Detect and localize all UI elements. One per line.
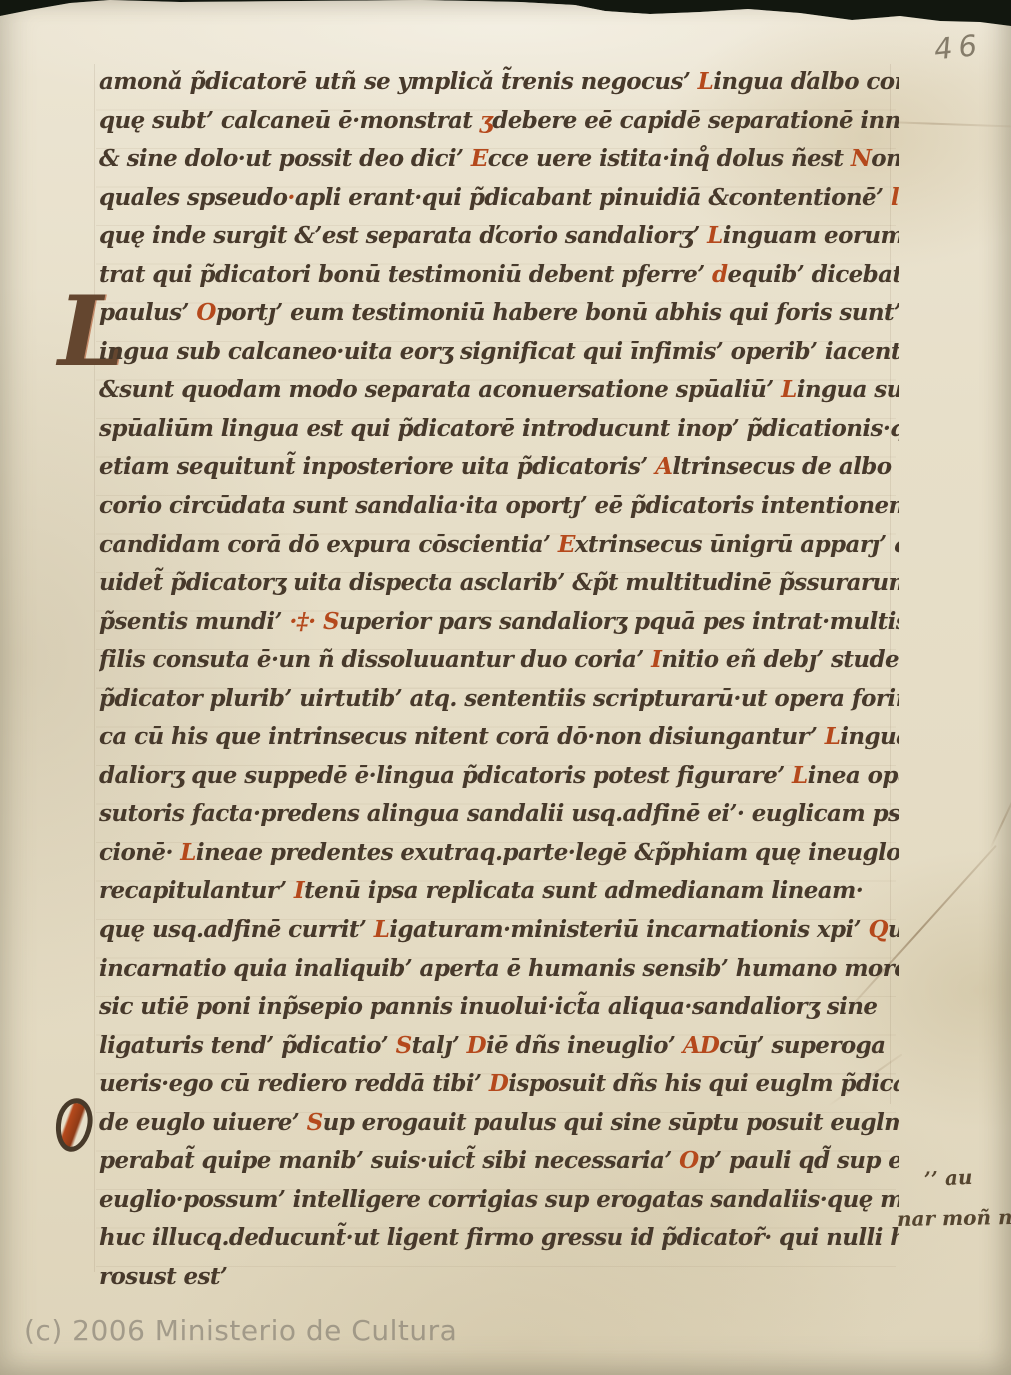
- rubricated-initial: Q: [868, 916, 887, 943]
- margin-note-1: ’’ au: [923, 1165, 973, 1191]
- manuscript-line: quales spseudo·apli erant·qui p̃dicabant…: [99, 179, 899, 218]
- rubricated-initial: S: [307, 1109, 323, 1136]
- text-block: amonǎ p̃dicatorē utñ se ymplicǎ t̃renis …: [99, 63, 899, 1297]
- rubricated-initial: L: [792, 762, 808, 789]
- manuscript-line: euglio·possum’ intelligere corrigias sup…: [99, 1181, 899, 1220]
- manuscript-line: rosust est’: [99, 1258, 899, 1297]
- manuscript-line: quę inde surgit &’est separata ďcorio sa…: [99, 217, 899, 256]
- rubricated-initial: ·: [287, 184, 294, 211]
- manuscript-line: amonǎ p̃dicatorē utñ se ymplicǎ t̃renis …: [99, 63, 899, 102]
- rubricated-initial: L: [781, 376, 797, 403]
- manuscript-line: daliorʒ que suppedē ē·lingua p̃dicatoris…: [99, 757, 899, 796]
- manuscript-line: huc illucq.deducunt̃·ut ligent firmo gre…: [99, 1219, 899, 1258]
- left-margin-ruling: [94, 64, 95, 1272]
- manuscript-line: filis consuta ē·un ñ dissoluuantur duo c…: [99, 641, 899, 680]
- manuscript-line: de euglo uiuere’ Sup erogauit paulus qui…: [99, 1104, 899, 1143]
- scan-background: 46 L amonǎ p̃dicatorē utñ se ymplicǎ t̃r…: [0, 0, 1011, 1375]
- manuscript-line: & sine dolo·ut possit deo dici’ Ecce uer…: [99, 140, 899, 179]
- rubricated-initial: ʒ: [480, 107, 492, 134]
- manuscript-line: incarnatio quia inaliquib’ aperta ē huma…: [99, 950, 899, 989]
- manuscript-line: &sunt quodam modo separata aconuersation…: [99, 371, 899, 410]
- rubricated-initial: AD: [683, 1032, 720, 1059]
- rubricated-initial: I: [294, 877, 304, 904]
- rubricated-initial: L: [180, 839, 196, 866]
- manuscript-line: p̃sentis mundi’ ·‡· Superior pars sandal…: [99, 603, 899, 642]
- rubricated-initial: O: [679, 1147, 698, 1174]
- margin-note-2: nar moñ n: [897, 1205, 1011, 1231]
- rubricated-initial: L: [825, 723, 841, 750]
- manuscript-line: corio circūdata sunt sandalia·ita oportȷ…: [99, 487, 899, 526]
- manuscript-line: spūaliūm lingua est qui p̃dicatorē intro…: [99, 410, 899, 449]
- manuscript-line: recapitulantur’ Itenū ipsa replicata sun…: [99, 872, 899, 911]
- manuscript-line: sutoris facta·predens alingua sandalii u…: [99, 795, 899, 834]
- rubricated-initial: D: [467, 1032, 486, 1059]
- manuscript-line: cionē· Lineae predentes exutraq.parte·le…: [99, 834, 899, 873]
- manuscript-line: p̃dicator plurib’ uirtutib’ atq. sentent…: [99, 680, 899, 719]
- manuscript-line: candidam corā dō expura cōscientia’ Extr…: [99, 526, 899, 565]
- rubricated-initial: S: [396, 1032, 412, 1059]
- rubricated-initial: l: [891, 184, 899, 211]
- rubricated-initial: L: [698, 68, 714, 95]
- manuscript-line: quę subt’ calcaneū ē·monstrat ʒdebere eē…: [99, 102, 899, 141]
- rubricated-initial: E: [558, 531, 575, 558]
- rubricated-initial: S: [323, 608, 339, 635]
- rubricated-initial: L: [707, 222, 723, 249]
- manuscript-line: etiam sequitunt̃ inposteriore uita p̃dic…: [99, 448, 899, 487]
- manuscript-line: paulus’ Oportȷ’ eum testimoniū habere bo…: [99, 294, 899, 333]
- manuscript-line: ingua sub calcaneo·uita eorʒ significat …: [99, 333, 899, 372]
- manuscript-line: ligaturis tend’ p̃dicatio’ Stalȷ’ Diē dñ…: [99, 1027, 899, 1066]
- rubricated-initial: E: [471, 145, 488, 172]
- manuscript-line: ca cū his que intrinsecus nitent corā dō…: [99, 718, 899, 757]
- manuscript-line: quę usq.adfinē currit’ Ligaturam·ministe…: [99, 911, 899, 950]
- folio-number: 46: [932, 28, 984, 67]
- copyright-watermark: (c) 2006 Ministerio de Cultura: [24, 1314, 457, 1347]
- rubricated-initial: A: [655, 453, 672, 480]
- manuscript-line: ueris·ego cū rediero reddā tibi’ Disposu…: [99, 1065, 899, 1104]
- rubricated-initial: L: [374, 916, 390, 943]
- rubricated-initial: O: [196, 299, 215, 326]
- rubricated-initial: D: [489, 1070, 508, 1097]
- rubricated-initial: I: [651, 646, 661, 673]
- manuscript-line: perabat̃ quipe manib’ suis·uict̃ sibi ne…: [99, 1142, 899, 1181]
- rubricated-initial: N: [851, 145, 871, 172]
- manuscript-line: uidet̃ p̃dicatorʒ uita dispecta asclarib…: [99, 564, 899, 603]
- manuscript-line: sic utiē poni inp̃sepio pannis inuolui·i…: [99, 988, 899, 1027]
- rubricated-initial: d: [712, 261, 727, 288]
- rubricated-initial: ·‡·: [289, 608, 323, 635]
- manuscript-line: trat qui p̃dicatori bonū testimoniū debe…: [99, 256, 899, 295]
